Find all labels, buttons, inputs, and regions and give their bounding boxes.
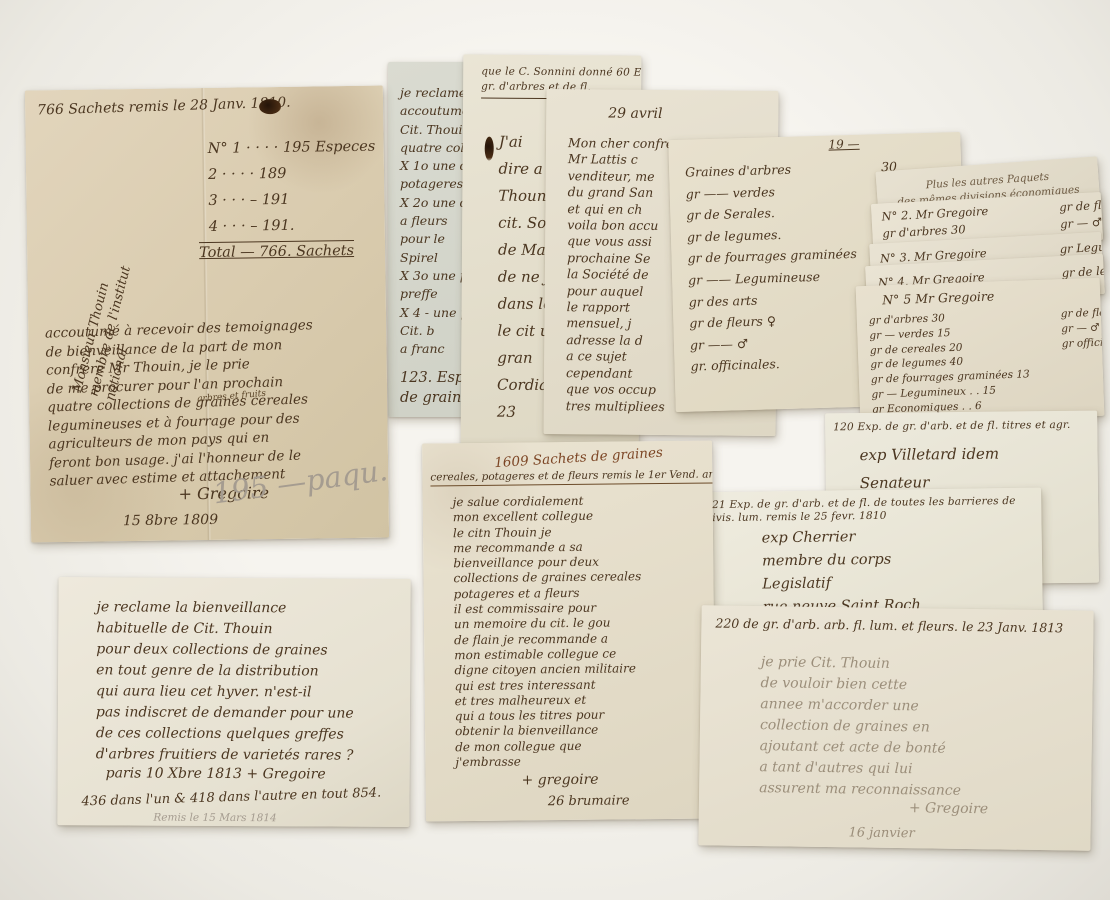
handwritten-line: ajoutant cet acte de bonté [760, 736, 962, 760]
handwritten-line: exp Villetard idem [859, 440, 999, 469]
slip-header: 120 Exp. de gr. d'arb. et de fl. titres … [833, 419, 1070, 433]
handwritten-line: le rapport [567, 299, 686, 316]
handwritten-line: de vouloir bien cette [760, 673, 962, 697]
ink-blot [259, 99, 281, 114]
handwritten-line: assurent ma reconnaissance [759, 778, 961, 802]
handwritten-line: collections de graines cereales [453, 570, 641, 587]
total-note: 436 dans l'un & 418 dans l'autre en tout… [81, 786, 381, 810]
handwritten-line: membre du corps [762, 548, 921, 573]
handwritten-line: N° 1 · · · · 195 Especes [208, 134, 376, 162]
handwritten-line: la Société de [567, 266, 686, 283]
handwritten-line: du grand San [568, 184, 687, 201]
letter-body: je prie Cit. Thouinde vouloir bien cette… [759, 652, 963, 802]
slip-no5: N° 5 Mr Gregoire gr d'arbres 30gr de fle… [856, 278, 1105, 424]
date: 26 brumaire [548, 793, 630, 809]
date-line: paris 10 Xbre 1813 + Gregoire [106, 765, 326, 782]
handwritten-line: je prie Cit. Thouin [761, 652, 963, 676]
corner-note: 19 — [828, 137, 859, 152]
date: 15 8bre 1809 [123, 512, 218, 529]
handwritten-line: pour deux collections de graines [96, 639, 354, 661]
handwritten-line: j'embrasse [455, 753, 643, 770]
date: 16 janvier [848, 825, 914, 841]
handwritten-line: pas indiscret de demander pour une [96, 702, 354, 724]
handwritten-line: collection de graines en [760, 715, 962, 739]
handwritten-line: qui aura lieu cet hyver. n'est-il [96, 681, 354, 703]
handwritten-line: exp Cherrier [762, 525, 921, 550]
handwritten-line: 4 · · · – 191. [209, 212, 377, 240]
header-count: 1609 Sachets de graines [494, 445, 664, 472]
tally-list: N° 1 · · · · 195 Especes2 · · · · 1893 ·… [208, 134, 377, 240]
handwritten-line: que vos occup [566, 381, 685, 398]
document-claim-1813: je reclame la bienveillancehabituelle de… [57, 577, 410, 827]
row-value: gr de fleurs ♀ 40 [1061, 306, 1095, 322]
row-value: gr officinales 20 [1062, 336, 1096, 352]
handwritten-line: mensuel, j [566, 316, 685, 333]
row-value: gr de fleurs ♀ 40 [1059, 197, 1094, 216]
row-value [1063, 375, 1097, 376]
ink-blot [485, 137, 494, 161]
pencil-note: Remis le 15 Mars 1814 [153, 812, 276, 825]
signature: + gregoire [521, 772, 598, 789]
document-header: 766 Sachets remis le 28 Janv. 1810. [37, 95, 291, 119]
handwritten-line: prochaine Se [567, 250, 686, 267]
handwritten-line: a ce sujet [566, 348, 685, 365]
handwritten-line: je reclame la bienveillance [96, 597, 354, 619]
handwritten-line: et qui en ch [567, 201, 686, 218]
handwritten-line: pour auquel [567, 283, 686, 300]
date-heading: 29 avril [608, 106, 662, 122]
document-header: cereales, potageres et de fleurs remis l… [430, 468, 716, 486]
handwritten-line: a tant d'autres qui lui [759, 757, 961, 781]
handwritten-line: habituelle de Cit. Thouin [96, 618, 354, 640]
row-value [1062, 360, 1096, 361]
document-1609-sachets: 1609 Sachets de graines cereales, potage… [422, 440, 716, 821]
handwritten-line: que vous assi [567, 234, 686, 251]
row-value: gr — ♂ . 10 [1061, 321, 1095, 337]
letter-body: je reclame la bienveillancehabituelle de… [96, 597, 355, 766]
handwritten-line: 2 · · · · 189 [208, 160, 376, 188]
handwritten-line: d'arbres fruitiers de varietés rares ? [96, 744, 354, 766]
handwritten-line: de ces collections quelques greffes [96, 723, 354, 745]
handwritten-line: en tout genre de la distribution [96, 660, 354, 682]
letter-body: je salue cordialementmon excellent colle… [453, 493, 644, 770]
slip-header: N° 5 Mr Gregoire [882, 288, 995, 307]
handwritten-line: annee m'accorder une [760, 694, 962, 718]
handwritten-line: Legislatif [762, 571, 921, 596]
handwritten-line: cependant [566, 365, 685, 382]
signature: + Gregoire [909, 800, 988, 817]
document-header: 220 de gr. d'arb. arb. fl. lum. et fleur… [715, 615, 1063, 635]
handwritten-line: tres multipliees [566, 398, 685, 415]
address-lines: exp Cherriermembre du corpsLegislatifrue… [762, 525, 921, 619]
tally-total: Total — 766. Sachets [199, 240, 354, 261]
slip-rows: gr d'arbres 30gr de fleurs ♀ 40gr — verd… [869, 306, 1098, 417]
photo-of-manuscripts: 766 Sachets remis le 28 Janv. 1810. Mons… [0, 0, 1110, 900]
handwritten-line: que le C. Sonnini donné 60 Esp. de [481, 65, 641, 81]
handwritten-line: voila bon accu [567, 217, 686, 234]
slip-header: 121 Exp. de gr. d'arb. et de fl. de tout… [705, 495, 1016, 525]
document-receipt-766: 766 Sachets remis le 28 Janv. 1810. Mons… [25, 86, 389, 543]
row-value: gr — ♂ 10 [1060, 214, 1095, 233]
letter-body: accoutumé à recevoir des temoignagesde b… [45, 316, 318, 491]
row-value [1063, 390, 1097, 391]
handwritten-line: adresse la d [566, 332, 685, 349]
handwritten-line: digne citoyen ancien militaire [454, 662, 642, 679]
document-exp-220: 220 de gr. d'arb. arb. fl. lum. et fleur… [698, 605, 1093, 850]
row-value [1064, 405, 1098, 406]
handwritten-line: 3 · · · – 191 [208, 186, 376, 214]
